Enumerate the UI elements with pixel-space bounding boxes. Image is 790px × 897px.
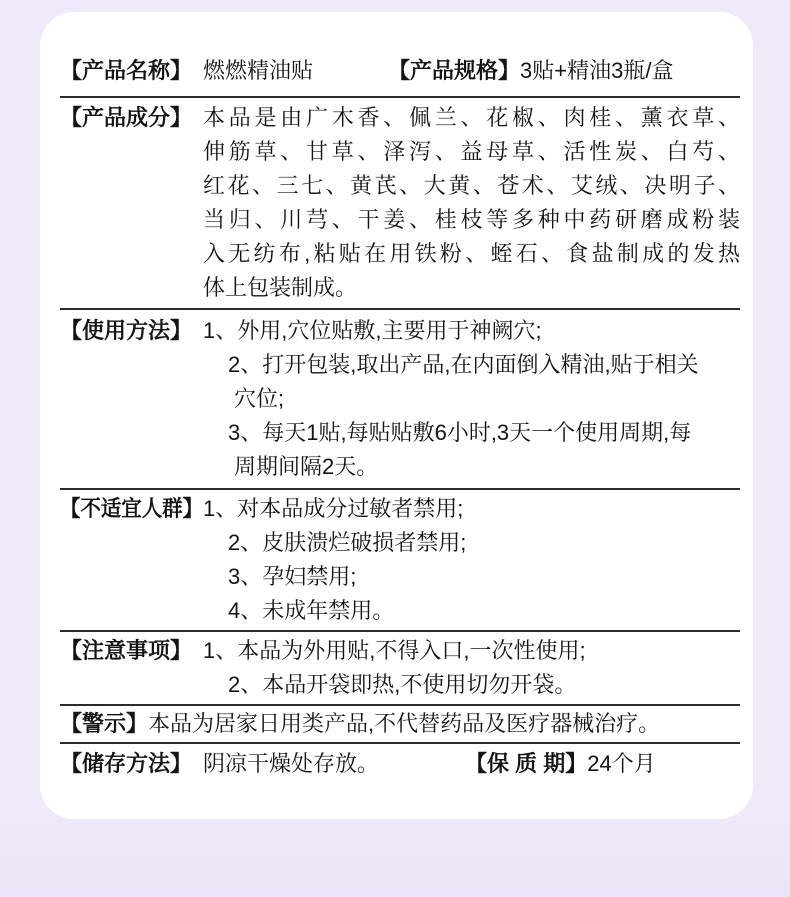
unsuitable-item: 1、对本品成分过敏者禁用; — [203, 492, 740, 526]
usage-label: 【使用方法】 — [60, 314, 192, 348]
storage-label-col: 【储存方法】 — [60, 747, 203, 781]
unsuitable-label: 【不适宜人群】 — [60, 492, 203, 526]
ingredients-line: 本品是由广木香、佩兰、花椒、肉桂、薰衣草、 — [203, 101, 740, 135]
ingredients-line: 红花、三七、黄芪、大黄、苍术、艾绒、决明子、 — [203, 169, 740, 203]
storage-pair: 【储存方法】 阴凉干燥处存放。 — [60, 747, 379, 781]
row-name-spec: 【产品名称】 燃燃精油贴 【产品规格】 3贴+精油3瓶/盒 — [60, 54, 740, 98]
warning-label: 【警示】 — [60, 711, 148, 736]
usage-label-col: 【使用方法】 — [60, 314, 203, 484]
usage-item: 2、打开包装,取出产品,在内面倒入精油,贴于相关 — [228, 348, 740, 382]
notes-item: 1、本品为外用贴,不得入口,一次性使用; — [203, 634, 740, 668]
usage-item-continuation: 穴位; — [234, 382, 740, 416]
ingredients-label: 【产品成分】 — [60, 101, 192, 135]
product-info-card: 【产品名称】 燃燃精油贴 【产品规格】 3贴+精油3瓶/盒 【产品成分】 本品是… — [40, 12, 753, 819]
section-unsuitable-people: 【不适宜人群】 1、对本品成分过敏者禁用; 2、皮肤溃烂破损者禁用; 3、孕妇禁… — [60, 490, 740, 632]
shelflife-label: 【保 质 期】 — [465, 747, 587, 781]
ingredients-line: 当归、川芎、干姜、桂枝等多种中药研磨成粉装 — [203, 203, 740, 237]
unsuitable-item: 3、孕妇禁用; — [228, 560, 740, 594]
usage-item: 1、外用,穴位贴敷,主要用于神阙穴; — [203, 314, 740, 348]
storage-value: 阴凉干燥处存放。 — [203, 747, 379, 781]
row-storage-shelflife: 【储存方法】 阴凉干燥处存放。 【保 质 期】 24个月 — [60, 744, 740, 781]
warning-text: 本品为居家日用类产品,不代替药品及医疗器械治疗。 — [148, 711, 660, 736]
shelflife-pair: 【保 质 期】 24个月 — [465, 747, 740, 781]
section-usage: 【使用方法】 1、外用,穴位贴敷,主要用于神阙穴; 2、打开包装,取出产品,在内… — [60, 310, 740, 490]
product-name-value: 燃燃精油贴 — [203, 54, 313, 88]
ingredients-line: 体上包装制成。 — [203, 271, 740, 305]
section-ingredients: 【产品成分】 本品是由广木香、佩兰、花椒、肉桂、薰衣草、 伸筋草、甘草、泽泻、益… — [60, 98, 740, 310]
unsuitable-list: 1、对本品成分过敏者禁用; 2、皮肤溃烂破损者禁用; 3、孕妇禁用; 4、未成年… — [203, 492, 740, 628]
product-spec-pair: 【产品规格】 3贴+精油3瓶/盒 — [388, 54, 740, 88]
warning-line: 【警示】本品为居家日用类产品,不代替药品及医疗器械治疗。 — [60, 707, 660, 741]
ingredients-label-col: 【产品成分】 — [60, 101, 203, 305]
notes-label-col: 【注意事项】 — [60, 634, 203, 702]
product-name-label: 【产品名称】 — [60, 54, 192, 88]
product-spec-value: 3贴+精油3瓶/盒 — [520, 54, 673, 88]
notes-list: 1、本品为外用贴,不得入口,一次性使用; 2、本品开袋即热,不使用切勿开袋。 — [203, 634, 740, 702]
ingredients-line: 入无纺布,粘贴在用铁粉、蛭石、食盐制成的发热 — [203, 237, 740, 271]
notes-label: 【注意事项】 — [60, 634, 192, 668]
product-info-image: 【产品名称】 燃燃精油贴 【产品规格】 3贴+精油3瓶/盒 【产品成分】 本品是… — [0, 0, 790, 897]
usage-item-continuation: 周期间隔2天。 — [234, 450, 740, 484]
unsuitable-label-col: 【不适宜人群】 — [60, 492, 203, 628]
unsuitable-item: 2、皮肤溃烂破损者禁用; — [228, 526, 740, 560]
usage-list: 1、外用,穴位贴敷,主要用于神阙穴; 2、打开包装,取出产品,在内面倒入精油,贴… — [203, 314, 740, 484]
section-warning: 【警示】本品为居家日用类产品,不代替药品及医疗器械治疗。 — [60, 706, 740, 744]
section-notes: 【注意事项】 1、本品为外用贴,不得入口,一次性使用; 2、本品开袋即热,不使用… — [60, 632, 740, 706]
notes-item: 2、本品开袋即热,不使用切勿开袋。 — [228, 668, 740, 702]
unsuitable-item: 4、未成年禁用。 — [228, 594, 740, 628]
usage-item: 3、每天1贴,每贴贴敷6小时,3天一个使用周期,每 — [228, 416, 740, 450]
ingredients-text: 本品是由广木香、佩兰、花椒、肉桂、薰衣草、 伸筋草、甘草、泽泻、益母草、活性炭、… — [203, 101, 740, 305]
shelflife-value: 24个月 — [587, 747, 655, 781]
product-spec-label: 【产品规格】 — [388, 54, 520, 88]
product-name-pair: 【产品名称】 燃燃精油贴 — [60, 54, 313, 88]
product-name-label-col: 【产品名称】 — [60, 54, 203, 88]
ingredients-line: 伸筋草、甘草、泽泻、益母草、活性炭、白芍、 — [203, 135, 740, 169]
storage-label: 【储存方法】 — [60, 747, 192, 781]
